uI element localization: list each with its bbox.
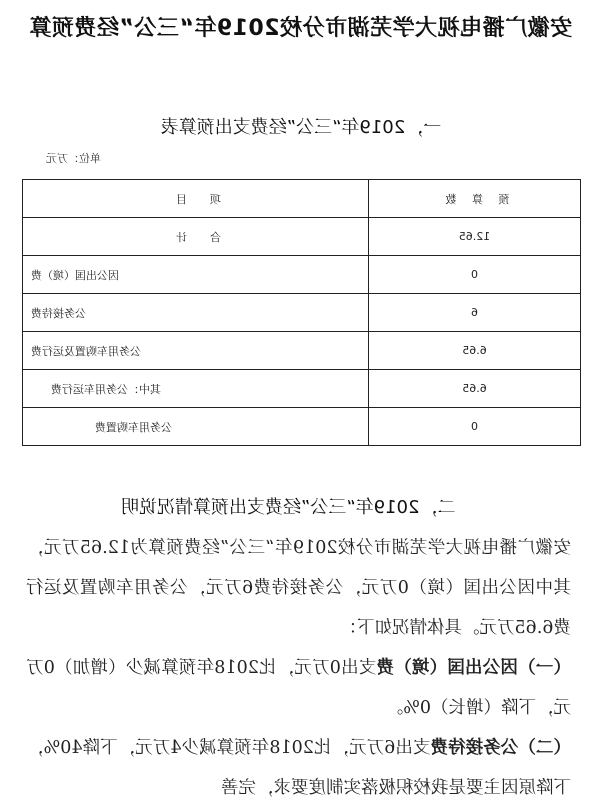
table-row: 12.65 合 计 xyxy=(23,218,581,256)
header-item: 项 目 xyxy=(23,180,369,218)
section1-heading: 一，2019年“三公”经费支出预算表 xyxy=(61,114,541,142)
header-amount: 预 算 数 xyxy=(369,180,581,218)
row-amount: 0 xyxy=(369,256,581,294)
table-row: 6.65 其中：公务用车运行费 xyxy=(23,370,581,408)
row-item: 公务用车购置费 xyxy=(23,408,369,446)
explanation-body: 安徽广播电视大学芜湖市分校2019年“三公”经费预算为12.65万元，其中因公出… xyxy=(26,528,571,808)
row-amount: 6.65 xyxy=(369,332,581,370)
item1-label: （一）因公出国（境）费 xyxy=(376,658,571,678)
table-row: 0 因公出国（境）费 xyxy=(23,256,581,294)
paragraph-item1: （一）因公出国（境）费支出0万元，比2018年预算减少（增加）0万元，下降（增长… xyxy=(26,648,571,728)
row-amount: 12.65 xyxy=(369,218,581,256)
paragraph-summary: 安徽广播电视大学芜湖市分校2019年“三公”经费预算为12.65万元，其中因公出… xyxy=(26,528,571,648)
row-item: 公务接待费 xyxy=(23,294,369,332)
row-item: 其中：公务用车运行费 xyxy=(23,370,369,408)
document-page: 安徽广播电视大学芜湖市分校2019年“三公”经费预算 一，2019年“三公”经费… xyxy=(0,0,601,808)
table-row: 6.65 公务用车购置及运行费 xyxy=(23,332,581,370)
item2-label: （二）公务接待费 xyxy=(430,738,571,758)
budget-table: 预 算 数 项 目 12.65 合 计 0 因公出国（境）费 6 公务接待费 6… xyxy=(22,179,581,446)
row-amount: 6 xyxy=(369,294,581,332)
row-item: 合 计 xyxy=(23,218,369,256)
table-row: 6 公务接待费 xyxy=(23,294,581,332)
document-title: 安徽广播电视大学芜湖市分校2019年“三公”经费预算 xyxy=(20,8,581,50)
section2-heading: 二，2019年“三公”经费支出预算情况说明 xyxy=(61,494,541,522)
paragraph-item2: （二）公务接待费支出6万元，比2018年预算减少4万元，下降40%，下降原因主要… xyxy=(26,728,571,808)
row-amount: 0 xyxy=(369,408,581,446)
table-row: 0 公务用车购置费 xyxy=(23,408,581,446)
table-header-row: 预 算 数 项 目 xyxy=(23,180,581,218)
unit-label: 单位：万元 xyxy=(46,150,101,166)
row-item: 因公出国（境）费 xyxy=(23,256,369,294)
row-item: 公务用车购置及运行费 xyxy=(23,332,369,370)
row-amount: 6.65 xyxy=(369,370,581,408)
